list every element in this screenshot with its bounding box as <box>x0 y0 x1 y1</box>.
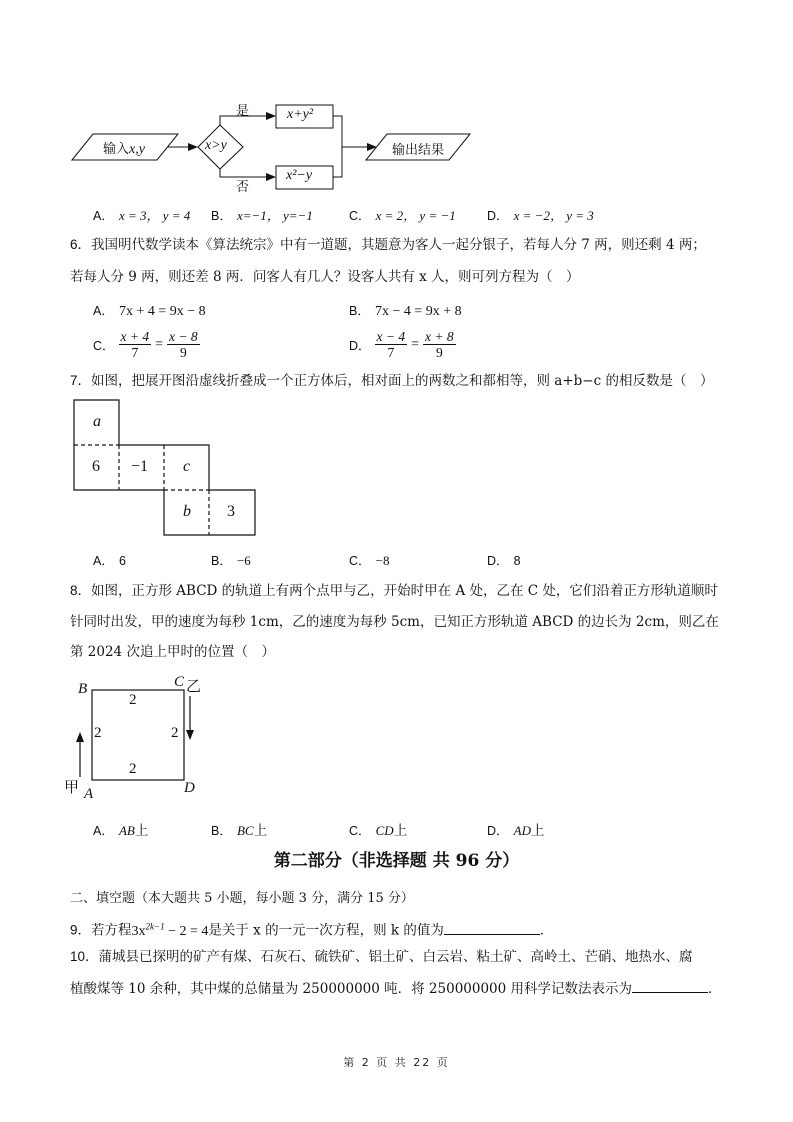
option-letter: A． <box>93 209 114 223</box>
denominator: 9 <box>178 345 189 360</box>
no-label: 否 <box>236 176 249 195</box>
no-expression: x²−y <box>286 168 312 184</box>
net-cell-c: c <box>183 458 190 476</box>
option-letter: D． <box>487 209 509 223</box>
q6-line1: 6．我国明代数学读本《算法统宗》中有一道题，其题意为客人一起分银子，若每人分 7… <box>70 236 706 254</box>
question-number: 10． <box>70 949 99 964</box>
q8-option-d[interactable]: D． AD上 <box>487 820 544 840</box>
q10-line2: 植酸煤等 10 余种，其中煤的总储量为 250000000 吨．将 250000… <box>70 978 722 998</box>
option-text: x = −2， y = 3 <box>514 208 594 223</box>
fraction-right: x + 89 <box>423 329 456 360</box>
question-text: 如图，正方形 ABCD 的轨道上有两个点甲与乙，开始时甲在 A 处，乙在 C 处… <box>91 583 718 599</box>
option-suffix: 上 <box>394 823 408 839</box>
option-text: x = 2， y = −1 <box>376 208 456 223</box>
numerator: x − 4 <box>375 329 408 345</box>
net-cell-a: a <box>93 413 101 431</box>
question-text: 我国明代数学读本《算法统宗》中有一道题，其题意为客人一起分银子，若每人分 7 两… <box>91 237 706 253</box>
vertex-a: A <box>84 786 93 803</box>
option-letter: B． <box>211 824 232 838</box>
option-text: 8 <box>514 554 521 568</box>
q7-option-c[interactable]: C． −8 <box>349 550 389 569</box>
equation-rest: − 2 = 4 <box>165 924 209 939</box>
question-text: 植酸煤等 10 余种，其中煤的总储量为 250000000 吨．将 250000… <box>70 981 632 997</box>
option-text: 6 <box>119 554 126 568</box>
option-letter: B． <box>349 304 370 318</box>
option-letter: A． <box>93 304 114 318</box>
period: ． <box>540 923 554 939</box>
q7-text: 7．如图，把展开图沿虚线折叠成一个正方体后，相对面上的两数之和都相等，则 a+b… <box>70 372 713 390</box>
option-letter: D． <box>349 336 371 354</box>
q5-option-b[interactable]: B． x=−1， y=−1 <box>211 205 313 224</box>
net-cell-neg1: −1 <box>131 458 148 476</box>
output-label: 输出结果 <box>392 139 444 158</box>
option-letter: B． <box>211 209 232 223</box>
option-text: x = 3， y = 4 <box>119 208 190 223</box>
fraction-left: x − 47 <box>375 329 408 360</box>
question-text: 如图，把展开图沿虚线折叠成一个正方体后，相对面上的两数之和都相等，则 a+b−c… <box>91 373 713 389</box>
equals-sign: = <box>411 337 419 353</box>
q9-text: 9．若方程3x2k−1 − 2 = 4是关于 x 的一元一次方程，则 k 的值为… <box>70 917 553 941</box>
option-text: 7x + 4 = 9x − 8 <box>119 304 206 319</box>
q10-line1: 10．蒲城县已探明的矿产有煤、石灰石、硫铁矿、铝土矿、白云岩、粘土矿、高岭土、芒… <box>70 948 693 966</box>
option-suffix: 上 <box>531 823 545 839</box>
question-text: 蒲城县已探明的矿产有煤、石灰石、硫铁矿、铝土矿、白云岩、粘土矿、高岭土、芒硝、地… <box>99 949 693 965</box>
q8-option-a[interactable]: A． AB上 <box>93 820 148 840</box>
question-text-pre: 若方程 <box>91 923 132 939</box>
option-text: −8 <box>376 553 390 568</box>
equation: 3x2k−1 − 2 = 4 <box>132 924 209 939</box>
q5-option-a[interactable]: A． x = 3， y = 4 <box>93 205 190 224</box>
numerator: x + 8 <box>423 329 456 345</box>
net-cell-b: b <box>183 503 191 521</box>
option-suffix: 上 <box>135 823 149 839</box>
numerator: x − 8 <box>167 329 200 345</box>
denominator: 7 <box>385 345 396 360</box>
q6-option-d[interactable]: D． x − 47 = x + 89 <box>349 329 456 360</box>
yes-expression: x+y² <box>287 107 313 123</box>
option-letter: A． <box>93 554 114 568</box>
net-cell-3: 3 <box>227 503 235 521</box>
q8-line2: 针同时出发，甲的速度为每秒 1cm，乙的速度为每秒 5cm，已知正方形轨道 AB… <box>70 613 719 631</box>
option-letter: A． <box>93 824 114 838</box>
option-letter: B． <box>211 554 232 568</box>
q7-option-d[interactable]: D． 8 <box>487 550 521 569</box>
option-letter: C． <box>349 209 371 223</box>
fill-blank-section-heading: 二、填空题（本大题共 5 小题，每小题 3 分，满分 15 分） <box>70 887 414 906</box>
answer-blank[interactable] <box>632 978 708 993</box>
net-cell-6: 6 <box>92 458 100 476</box>
q6-line2: 若每人分 9 两，则还差 8 两．问客人有几人？设客人共有 x 人，则可列方程为… <box>70 268 580 286</box>
option-letter: D． <box>487 554 509 568</box>
vertex-b: B <box>78 681 87 698</box>
option-letter: C． <box>349 824 371 838</box>
option-text: 7x − 4 = 9x + 8 <box>375 304 462 319</box>
answer-blank[interactable] <box>444 920 540 935</box>
side-length-left: 2 <box>94 725 102 742</box>
equals-sign: = <box>155 337 163 353</box>
numerator: x + 4 <box>119 329 152 345</box>
option-suffix: 上 <box>254 823 268 839</box>
q7-option-a[interactable]: A． 6 <box>93 550 126 569</box>
point-jia-label: 甲 <box>64 776 79 797</box>
q5-option-c[interactable]: C． x = 2， y = −1 <box>349 205 456 224</box>
yes-label: 是 <box>236 100 249 119</box>
option-letter: D． <box>487 824 509 838</box>
condition-label: x>y <box>205 138 227 154</box>
side-length-bottom: 2 <box>129 761 137 778</box>
denominator: 7 <box>129 345 140 360</box>
q8-line3: 第 2024 次追上甲时的位置（ ） <box>70 643 275 661</box>
q6-option-a[interactable]: A． 7x + 4 = 9x − 8 <box>93 300 206 320</box>
input-vars: x,y <box>129 142 145 157</box>
side-length-top: 2 <box>129 692 137 709</box>
part-two-title: 第二部分（非选择题 共 96 分） <box>0 846 793 871</box>
equation-base: 3x <box>132 924 146 939</box>
option-letter: C． <box>349 554 371 568</box>
option-text: x=−1， y=−1 <box>237 208 313 223</box>
question-number: 7． <box>70 373 91 388</box>
q8-option-c[interactable]: C． CD上 <box>349 820 407 840</box>
vertex-d: D <box>184 780 195 797</box>
question-number: 6． <box>70 237 91 252</box>
input-label: 输入x,y <box>103 138 145 158</box>
q7-option-b[interactable]: B． −6 <box>211 550 251 569</box>
question-number: 8． <box>70 583 91 598</box>
side-length-right: 2 <box>171 725 179 742</box>
denominator: 9 <box>434 345 445 360</box>
option-text: −6 <box>237 553 251 568</box>
question-number: 9． <box>70 923 91 938</box>
point-yi-label: 乙 <box>186 675 201 696</box>
input-prefix: 输入 <box>103 142 129 157</box>
page-footer: 第 2 页 共 22 页 <box>0 1054 793 1070</box>
option-segment: AD <box>514 823 531 838</box>
option-segment: AB <box>119 823 135 838</box>
q8-line1: 8．如图，正方形 ABCD 的轨道上有两个点甲与乙，开始时甲在 A 处，乙在 C… <box>70 582 718 600</box>
vertex-c: C <box>174 674 184 691</box>
option-segment: BC <box>237 823 254 838</box>
q6-option-b[interactable]: B． 7x − 4 = 9x + 8 <box>349 300 462 320</box>
option-letter: C． <box>93 336 115 354</box>
fraction-right: x − 89 <box>167 329 200 360</box>
option-segment: CD <box>376 823 394 838</box>
question-text-post: 是关于 x 的一元一次方程，则 k 的值为 <box>208 923 443 939</box>
period: ． <box>708 981 722 997</box>
equation-exponent: 2k−1 <box>146 921 165 931</box>
q6-option-c[interactable]: C． x + 47 = x − 89 <box>93 329 200 360</box>
q5-option-d[interactable]: D． x = −2， y = 3 <box>487 205 594 224</box>
q8-option-b[interactable]: B． BC上 <box>211 820 267 840</box>
fraction-left: x + 47 <box>119 329 152 360</box>
flowchart-figure <box>0 0 793 200</box>
